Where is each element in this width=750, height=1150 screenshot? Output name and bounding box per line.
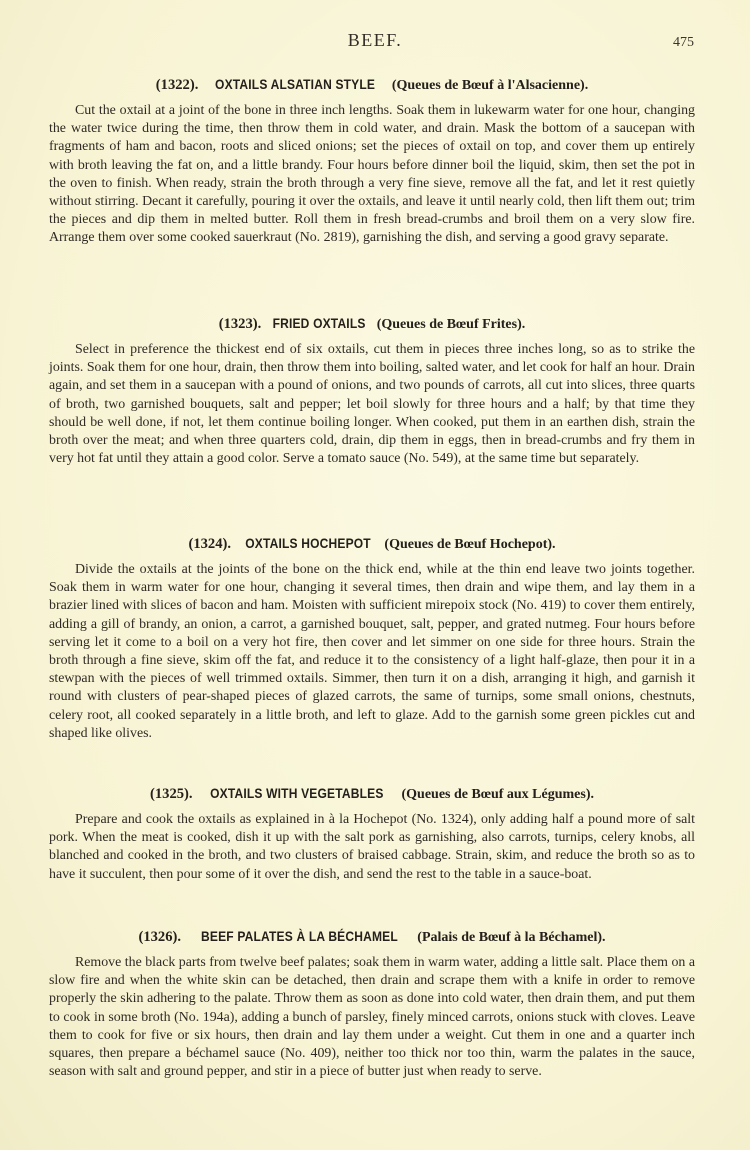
recipe-english-title: BEEF PALATES À LA BÉCHAMEL bbox=[201, 926, 398, 946]
recipe-instructions: Cut the oxtail at a joint of the bone in… bbox=[49, 102, 695, 248]
recipe-number: (1322). bbox=[156, 77, 199, 93]
recipe-1322: (1322). OXTAILS ALSATIAN STYLE (Queues d… bbox=[49, 74, 695, 248]
recipe-1324: (1324). OXTAILS HOCHEPOT (Queues de Bœuf… bbox=[49, 533, 695, 743]
recipe-number: (1323). bbox=[219, 316, 262, 332]
running-title: BEEF. bbox=[0, 30, 750, 51]
recipe-french-title: (Queues de Bœuf Frites). bbox=[377, 317, 526, 332]
recipe-french-title: (Queues de Bœuf à l'Alsacienne). bbox=[392, 78, 588, 93]
running-head: BEEF. 475 bbox=[0, 30, 750, 54]
recipe-1325: (1325). OXTAILS WITH VEGETABLES (Queues … bbox=[49, 783, 695, 884]
book-page: BEEF. 475 (1322). OXTAILS ALSATIAN STYLE… bbox=[0, 0, 750, 1150]
recipe-french-title: (Queues de Bœuf aux Légumes). bbox=[402, 787, 595, 802]
recipe-title: (1323). FRIED OXTAILS (Queues de Bœuf Fr… bbox=[49, 313, 695, 335]
recipe-number: (1324). bbox=[188, 536, 231, 552]
recipe-title: (1325). OXTAILS WITH VEGETABLES (Queues … bbox=[49, 783, 695, 805]
recipe-english-title: OXTAILS WITH VEGETABLES bbox=[210, 783, 383, 803]
recipe-number: (1326). bbox=[138, 929, 181, 945]
recipe-title: (1324). OXTAILS HOCHEPOT (Queues de Bœuf… bbox=[49, 533, 695, 555]
recipe-english-title: OXTAILS ALSATIAN STYLE bbox=[215, 74, 375, 94]
page-number: 475 bbox=[673, 35, 694, 51]
recipe-instructions: Remove the black parts from twelve beef … bbox=[49, 954, 695, 1081]
recipe-1326: (1326). BEEF PALATES À LA BÉCHAMEL (Pala… bbox=[49, 926, 695, 1081]
recipe-instructions: Select in preference the thickest end of… bbox=[49, 341, 695, 468]
recipe-french-title: (Palais de Bœuf à la Béchamel). bbox=[417, 930, 605, 945]
recipe-english-title: OXTAILS HOCHEPOT bbox=[245, 533, 371, 553]
recipe-1323: (1323). FRIED OXTAILS (Queues de Bœuf Fr… bbox=[49, 313, 695, 468]
recipe-number: (1325). bbox=[150, 786, 193, 802]
recipe-french-title: (Queues de Bœuf Hochepot). bbox=[384, 537, 555, 552]
recipe-title: (1322). OXTAILS ALSATIAN STYLE (Queues d… bbox=[49, 74, 695, 96]
recipe-instructions: Divide the oxtails at the joints of the … bbox=[49, 561, 695, 743]
recipe-instructions: Prepare and cook the oxtails as explaine… bbox=[49, 811, 695, 884]
recipe-title: (1326). BEEF PALATES À LA BÉCHAMEL (Pala… bbox=[49, 926, 695, 948]
recipe-english-title: FRIED OXTAILS bbox=[273, 313, 366, 333]
